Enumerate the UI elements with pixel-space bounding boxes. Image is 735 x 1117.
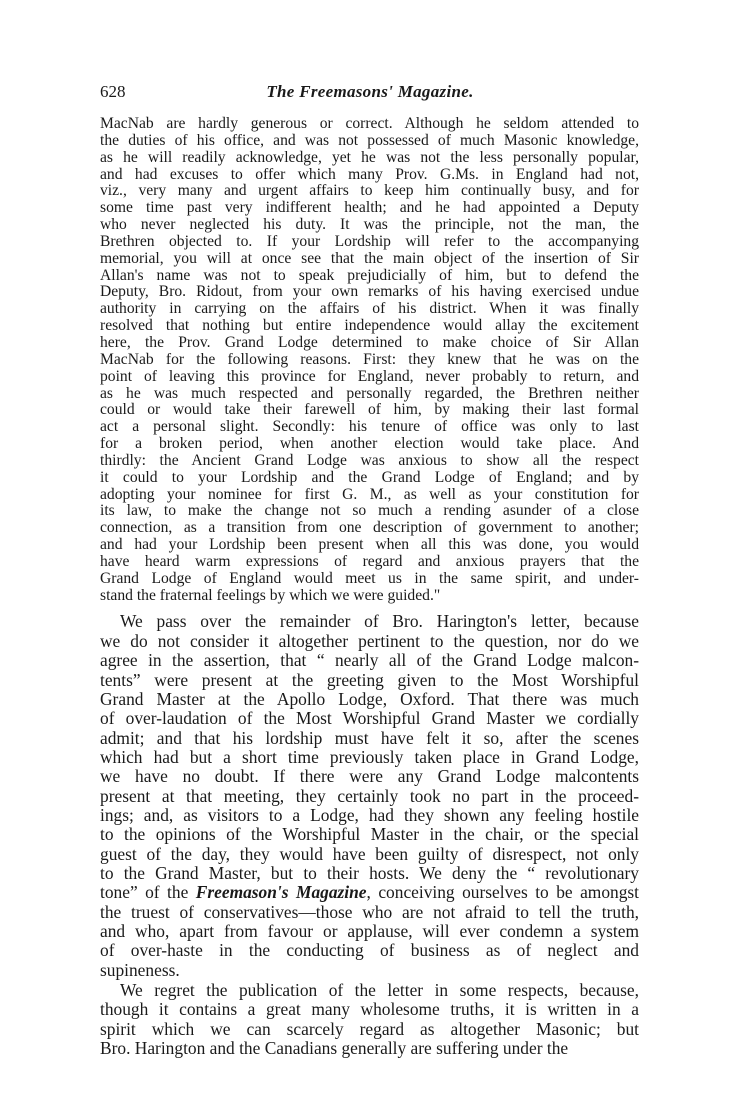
text-line: MacNab for the following reasons. First:… xyxy=(100,352,639,369)
text-line: spirit which we can scarcely regard as a… xyxy=(100,1020,639,1039)
text-line: tone” of the Freemason's Magazine, conce… xyxy=(100,883,639,902)
quoted-letter-paragraph: MacNab are hardly generous or correct. A… xyxy=(100,116,639,604)
text-line: the duties of his office, and was not po… xyxy=(100,133,639,150)
text-line: admit; and that his lordship must have f… xyxy=(100,729,639,748)
text-line: Grand Lodge of England would meet us in … xyxy=(100,571,639,588)
text-line: viz., very many and urgent affairs to ke… xyxy=(100,183,639,200)
text-line: We pass over the remainder of Bro. Harin… xyxy=(100,612,639,631)
text-line: we do not consider it altogether pertine… xyxy=(100,632,639,651)
text-line: guest of the day, they would have been g… xyxy=(100,845,639,864)
text-line: Allan's name was not to speak prejudicia… xyxy=(100,268,639,285)
text-line: to the Grand Master, but to their hosts.… xyxy=(100,864,639,883)
text-line: supineness. xyxy=(100,961,639,980)
text-line: the truest of conservatives—those who ar… xyxy=(100,903,639,922)
running-header: 628 The Freemasons' Magazine. xyxy=(100,82,640,106)
text-line: have heard warm expressions of regard an… xyxy=(100,554,639,571)
text-line: as he will readily acknowledge, yet he w… xyxy=(100,150,639,167)
text-line: and had excuses to offer which many Prov… xyxy=(100,167,639,184)
text-line: to the opinions of the Worshipful Master… xyxy=(100,825,639,844)
text-line: memorial, you will at once see that the … xyxy=(100,251,639,268)
magazine-page: 628 The Freemasons' Magazine. MacNab are… xyxy=(0,0,735,1117)
text-line: we have no doubt. If there were any Gran… xyxy=(100,767,639,786)
magazine-title-italic: Freemason's Magazine xyxy=(196,882,367,902)
text-line: Bro. Harington and the Canadians general… xyxy=(100,1039,639,1058)
text-line: authority in carrying on the affairs of … xyxy=(100,301,639,318)
text-line: tents” were present at the greeting give… xyxy=(100,671,639,690)
text-line: connection, as a transition from one des… xyxy=(100,520,639,537)
text-line: for a broken period, when another electi… xyxy=(100,436,639,453)
text-line: and had your Lordship been present when … xyxy=(100,537,639,554)
text-line: here, the Prov. Grand Lodge determined t… xyxy=(100,335,639,352)
text-line: present at that meeting, they certainly … xyxy=(100,787,639,806)
text-line: thirdly: the Ancient Grand Lodge was anx… xyxy=(100,453,639,470)
text-line: who never neglected his duty. It was the… xyxy=(100,217,639,234)
text-line: though it contains a great many wholesom… xyxy=(100,1000,639,1019)
text-line: some time past very indifferent health; … xyxy=(100,200,639,217)
text-line: act a personal slight. Secondly: his ten… xyxy=(100,419,639,436)
text-line: Grand Master at the Apollo Lodge, Oxford… xyxy=(100,690,639,709)
text-line: which had but a short time previously ta… xyxy=(100,748,639,767)
text-line: it could to your Lordship and the Grand … xyxy=(100,470,639,487)
text-line: point of leaving this province for Engla… xyxy=(100,369,639,386)
text-column: MacNab are hardly generous or correct. A… xyxy=(100,116,639,1058)
text-line: ings; and, as visitors to a Lodge, had t… xyxy=(100,806,639,825)
text-line: agree in the assertion, that “ nearly al… xyxy=(100,651,639,670)
text-line: could or would take their farewell of hi… xyxy=(100,402,639,419)
editorial-paragraph: We pass over the remainder of Bro. Harin… xyxy=(100,612,639,980)
text-line: MacNab are hardly generous or correct. A… xyxy=(100,116,639,133)
running-title: The Freemasons' Magazine. xyxy=(100,82,640,102)
editorial-paragraph: We regret the publication of the letter … xyxy=(100,981,639,1058)
text-line: Deputy, Bro. Ridout, from your own remar… xyxy=(100,284,639,301)
text-line: its law, to make the change not so much … xyxy=(100,503,639,520)
text-line: and who, apart from favour or applause, … xyxy=(100,922,639,941)
text-line: of over-laudation of the Most Worshipful… xyxy=(100,709,639,728)
text-line: as he was much respected and personally … xyxy=(100,386,639,403)
text-line: We regret the publication of the letter … xyxy=(100,981,639,1000)
text-line: of over-haste in the conducting of busin… xyxy=(100,941,639,960)
text-line: adopting your nominee for first G. M., a… xyxy=(100,487,639,504)
text-line: Brethren objected to. If your Lordship w… xyxy=(100,234,639,251)
text-line: stand the fraternal feelings by which we… xyxy=(100,588,639,605)
text-line: resolved that nothing but entire indepen… xyxy=(100,318,639,335)
